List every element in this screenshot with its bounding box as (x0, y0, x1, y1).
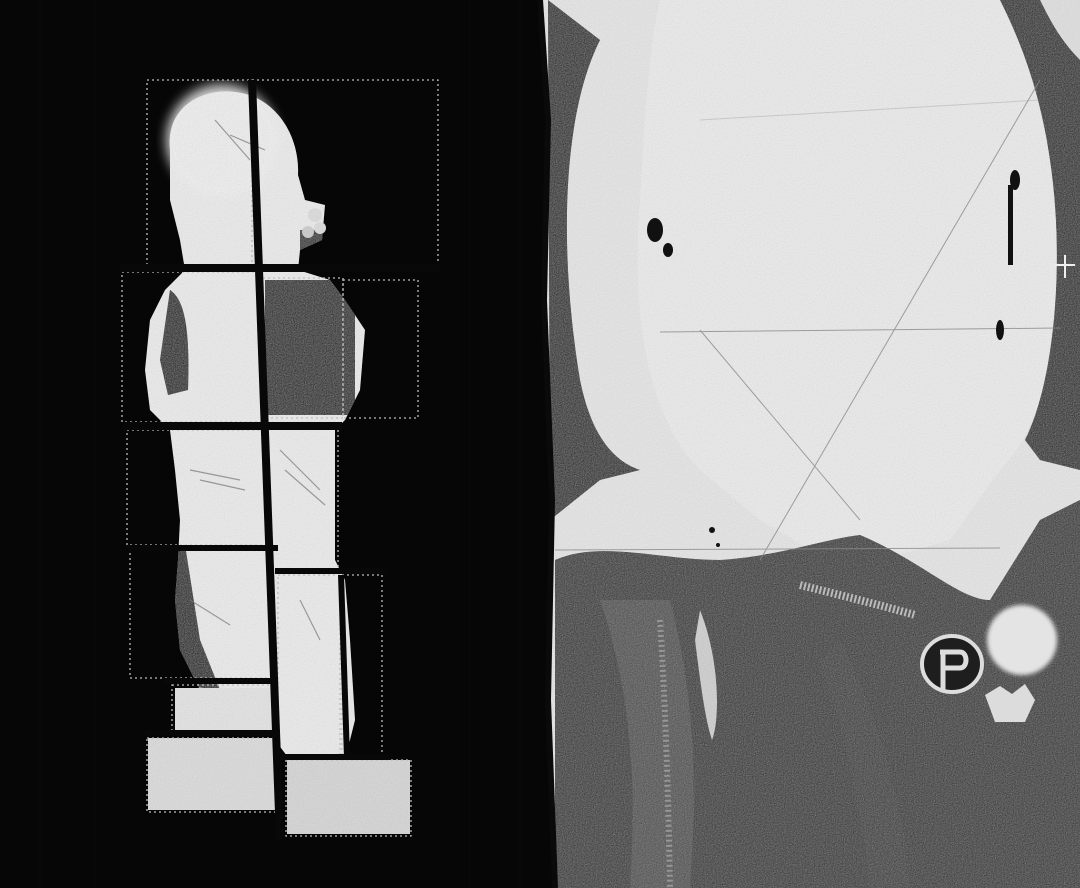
round-button-badge (987, 605, 1057, 675)
left-panel (0, 0, 560, 888)
artwork-canvas: Diptych of black-and-white photographic … (0, 0, 1080, 888)
right-panel (540, 0, 1080, 888)
letter-p-badge (922, 636, 982, 692)
